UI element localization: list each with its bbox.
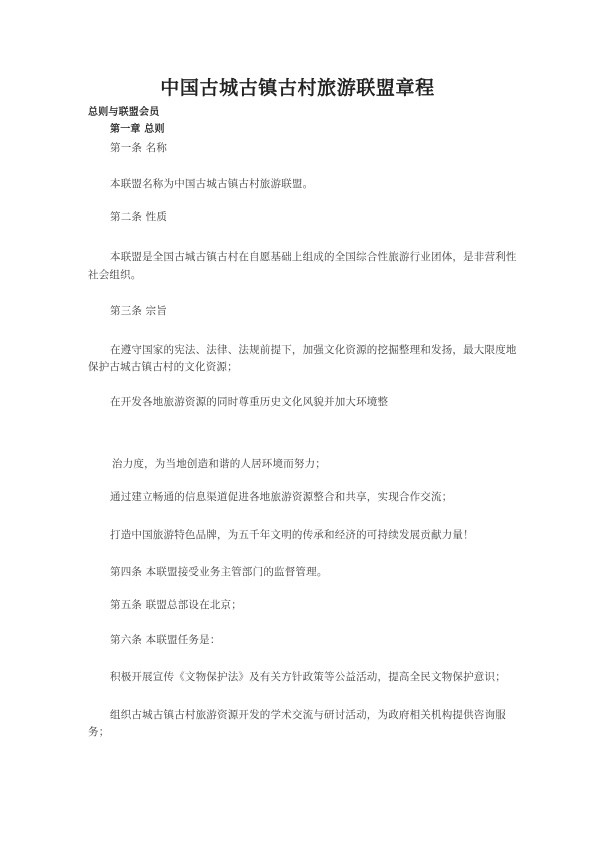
article-3-body3: 治力度，为当地创造和谐的人居环境而努力； <box>112 457 326 471</box>
article-3-body2: 在开发各地旅游资源的同时尊重历史文化风貌并加大环境整 <box>110 395 388 409</box>
article-3-body5: 打造中国旅游特色品牌，为五千年文明的传承和经济的可持续发展贡献力量！ <box>110 528 474 542</box>
article-1-body: 本联盟名称为中国古城古镇古村旅游联盟。 <box>110 177 313 191</box>
document-page: 中国古城古镇古村旅游联盟章程 总则与联盟会员 第一章 总则 第一条 名称 本联盟… <box>0 0 595 842</box>
article-3-body1-line1: 在遵守国家的宪法、法律、法规前提下，加强文化资源的挖掘整理和发扬，最大限度地 <box>110 343 517 357</box>
part-heading: 总则与联盟会员 <box>88 106 159 120</box>
article-6-item2-line1: 组织古城古镇古村旅游资源开发的学术交流与研讨活动，为政府相关机构提供咨询服 <box>110 708 506 722</box>
article-6-heading: 第六条 本联盟任务是： <box>110 633 221 647</box>
article-4: 第四条 本联盟接受业务主管部门的监督管理。 <box>110 565 328 579</box>
article-1-heading: 第一条 名称 <box>110 141 167 155</box>
article-6-item2-line2: 务； <box>88 725 109 739</box>
article-2-heading: 第二条 性质 <box>110 210 167 224</box>
article-2-body-line1: 本联盟是全国古城古镇古村在自愿基础上组成的全国综合性旅游行业团体，是非营利性 <box>110 250 517 264</box>
article-3-body4: 通过建立畅通的信息渠道促进各地旅游资源整合和共享，实现合作交流； <box>110 490 452 504</box>
article-3-heading: 第三条 宗旨 <box>110 304 167 318</box>
article-6-item1: 积极开展宣传《文物保护法》及有关方针政策等公益活动，提高全民文物保护意识； <box>110 670 506 684</box>
document-title: 中国古城古镇古村旅游联盟章程 <box>0 76 595 100</box>
article-5: 第五条 联盟总部设在北京； <box>110 598 242 612</box>
article-2-body-line2: 社会组织。 <box>88 268 142 282</box>
chapter-heading: 第一章 总则 <box>110 123 165 137</box>
article-3-body1-line2: 保护古城古镇古村的文化资源； <box>88 360 238 374</box>
